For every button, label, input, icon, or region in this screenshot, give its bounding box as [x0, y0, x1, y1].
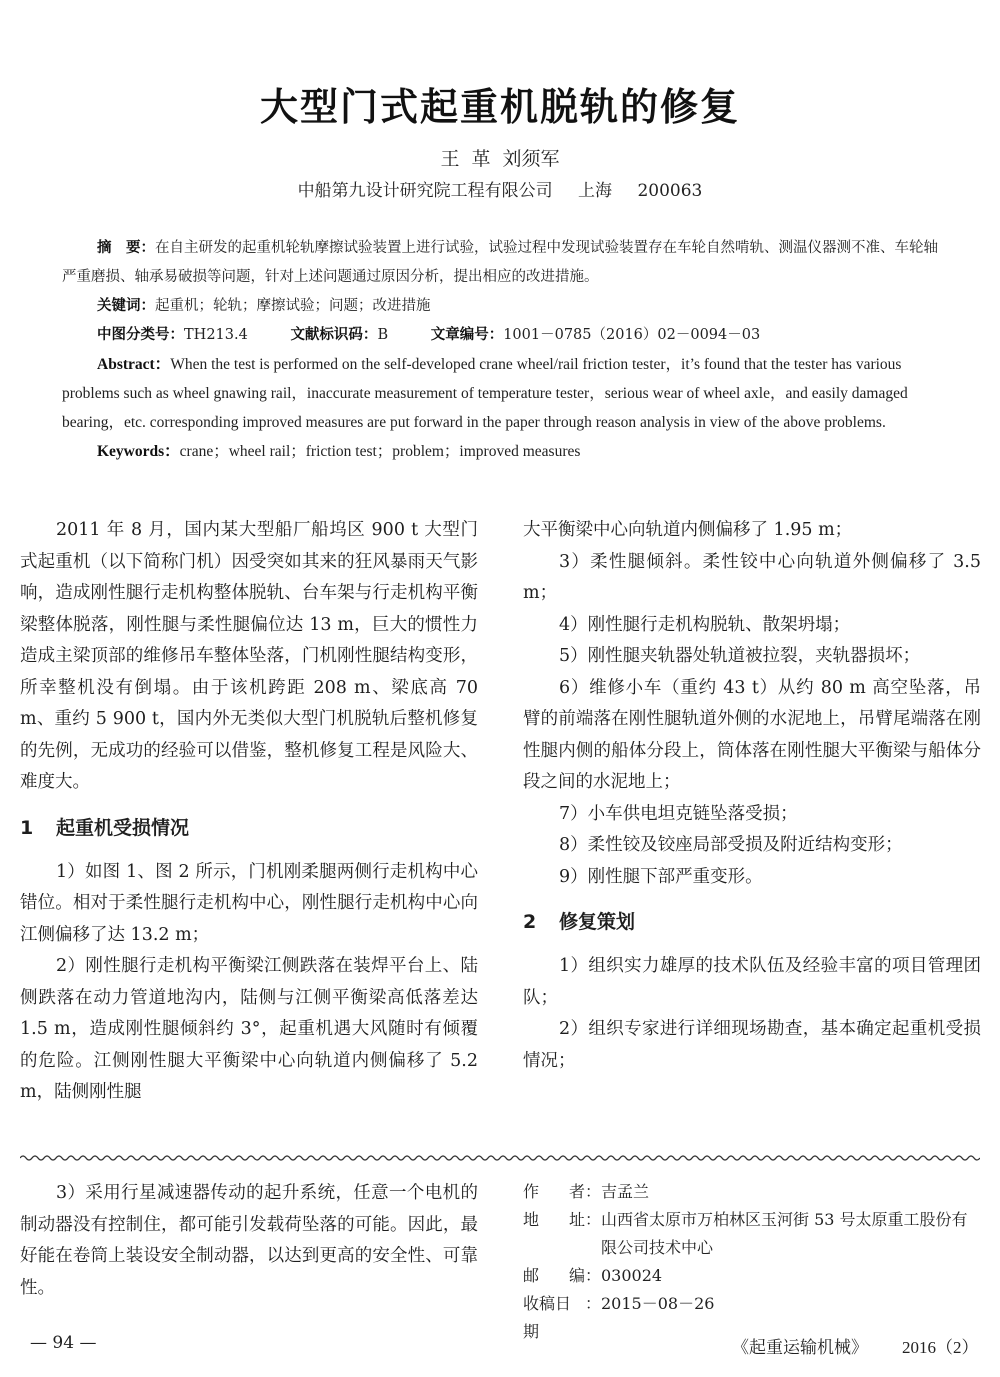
abstract-cn-text: 在自主研发的起重机轮轨摩擦试验装置上进行试验，试验过程中发现试验装置存在车轮自然…	[62, 240, 938, 285]
body-column-left: 2011 年 8 月，国内某大型船厂船坞区 900 t 大型门式起重机（以下简称…	[20, 515, 478, 1109]
section-2-number: 2	[523, 907, 559, 937]
section-1-heading: 1起重机受损情况	[20, 813, 478, 843]
abstract-block: 摘 要：在自主研发的起重机轮轨摩擦试验装置上进行试验，试验过程中发现试验装置存在…	[62, 234, 942, 466]
doc-code-value: B	[377, 327, 388, 343]
list-item: 4）刚性腿行走机构脱轨、散架坍塌；	[523, 610, 981, 642]
section-2-heading: 2修复策划	[523, 907, 981, 937]
wavy-divider	[20, 1152, 980, 1164]
contact-address: 山西省太原市万柏林区玉河街 53 号太原重工股份有限公司技术中心	[601, 1206, 983, 1262]
paper-title: 大型门式起重机脱轨的修复	[0, 76, 1000, 131]
list-item: 3）柔性腿倾斜。柔性铰中心向轨道外侧偏移了 3.5 m；	[523, 547, 981, 610]
journal-name: 《起重运输机械》	[732, 1338, 868, 1358]
list-item: 5）刚性腿夹轨器处轨道被拉裂，夹轨器损坏；	[523, 641, 981, 673]
section-2-title: 修复策划	[559, 911, 635, 933]
page-number: — 94 —	[30, 1333, 96, 1353]
list-item: 6）维修小车（重约 43 t）从约 80 m 高空坠落，吊臂的前端落在刚性腿轨道…	[523, 673, 981, 799]
author-contact: 作者： 吉孟兰 地址： 山西省太原市万柏林区玉河街 53 号太原重工股份有限公司…	[523, 1178, 983, 1346]
contact-author: 吉孟兰	[601, 1178, 983, 1206]
journal-issue: 2016（2）	[902, 1338, 979, 1357]
list-item: 2）刚性腿行走机构平衡梁江侧跌落在装焊平台上、陆侧跌落在动力管道地沟内，陆侧与江…	[20, 951, 478, 1109]
list-item: 2）组织专家进行详细现场勘查，基本确定起重机受损情况；	[523, 1014, 981, 1077]
list-item-continued: 大平衡梁中心向轨道内侧偏移了 1.95 m；	[523, 515, 981, 547]
list-item: 8）柔性铰及铰座局部受损及附近结构变形；	[523, 830, 981, 862]
keywords-en-label: Keywords：	[97, 443, 180, 460]
abstract-en-text: When the test is performed on the self-d…	[62, 356, 908, 431]
doc-code-label: 文献标识码：	[290, 327, 377, 343]
affiliation-postcode: 200063	[637, 181, 702, 201]
contact-postcode: 030024	[601, 1262, 983, 1290]
boxed-note: 3）采用行星减速器传动的起升系统，任意一个电机的制动器没有控制住，都可能引发载荷…	[20, 1178, 478, 1304]
keywords-cn-text: 起重机；轮轨；摩擦试验；问题；改进措施	[155, 298, 431, 314]
keywords-cn: 关键词：起重机；轮轨；摩擦试验；问题；改进措施	[62, 292, 942, 321]
body-column-right: 大平衡梁中心向轨道内侧偏移了 1.95 m； 3）柔性腿倾斜。柔性铰中心向轨道外…	[523, 515, 981, 1077]
article-no-label: 文章编号：	[431, 327, 504, 343]
list-item: 1）组织实力雄厚的技术队伍及经验丰富的项目管理团队；	[523, 951, 981, 1014]
section-1-number: 1	[20, 813, 56, 843]
paper-authors: 王 革 刘须军	[0, 144, 1000, 171]
boxed-note-text: 3）采用行星减速器传动的起升系统，任意一个电机的制动器没有控制住，都可能引发载荷…	[20, 1178, 478, 1304]
intro-paragraph: 2011 年 8 月，国内某大型船厂船坞区 900 t 大型门式起重机（以下简称…	[20, 515, 478, 799]
keywords-en-text: crane；wheel rail；friction test；problem；i…	[180, 443, 581, 460]
list-item: 7）小车供电坦克链坠落受损；	[523, 799, 981, 831]
clc-value: TH213.4	[184, 327, 248, 343]
keywords-en: Keywords：crane；wheel rail；friction test；…	[62, 437, 942, 466]
affiliation-org: 中船第九设计研究院工程有限公司	[298, 181, 553, 201]
contact-postcode-row: 邮编： 030024	[523, 1262, 983, 1290]
abstract-en: Abstract：When the test is performed on t…	[62, 350, 942, 437]
list-item: 1）如图 1、图 2 所示，门机刚柔腿两侧行走机构中心错位。相对于柔性腿行走机构…	[20, 857, 478, 952]
list-item: 9）刚性腿下部严重变形。	[523, 862, 981, 894]
abstract-cn-label: 摘 要：	[97, 240, 155, 256]
classification-row: 中图分类号：TH213.4 文献标识码：B 文章编号：1001－0785（201…	[62, 321, 942, 350]
journal-footer: 《起重运输机械》2016（2）	[732, 1333, 979, 1358]
contact-address-row: 地址： 山西省太原市万柏林区玉河街 53 号太原重工股份有限公司技术中心	[523, 1206, 983, 1262]
contact-author-row: 作者： 吉孟兰	[523, 1178, 983, 1206]
affiliation-city: 上海	[578, 181, 612, 201]
affiliation: 中船第九设计研究院工程有限公司 上海 200063	[0, 176, 1000, 201]
keywords-cn-label: 关键词：	[97, 298, 155, 314]
section-1-title: 起重机受损情况	[56, 817, 189, 839]
article-no-value: 1001－0785（2016）02－0094－03	[503, 327, 760, 343]
abstract-cn: 摘 要：在自主研发的起重机轮轨摩擦试验装置上进行试验，试验过程中发现试验装置存在…	[62, 234, 942, 292]
abstract-en-label: Abstract：	[97, 356, 170, 373]
clc-label: 中图分类号：	[97, 327, 184, 343]
